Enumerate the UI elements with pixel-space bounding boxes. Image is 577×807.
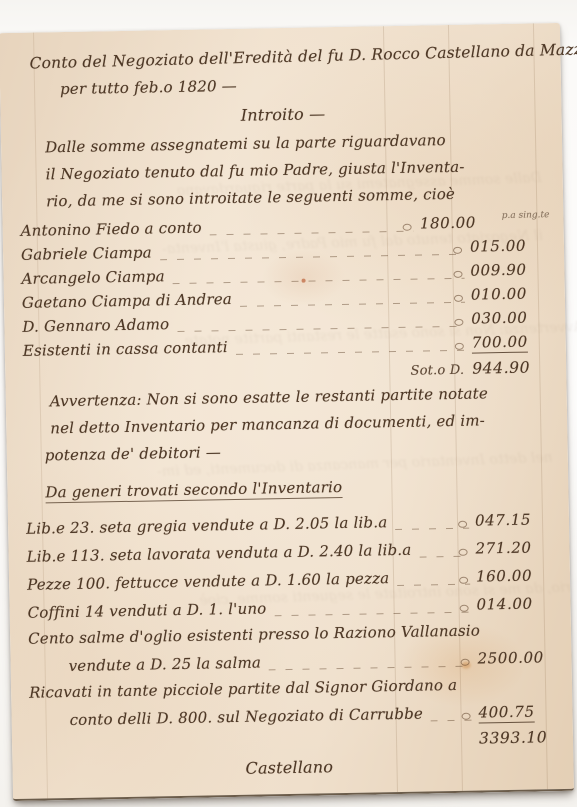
dotted-leader [177,317,465,333]
handwritten-content: Conto del Negoziato dell'Eredità del fu … [0,23,574,799]
ledger-row: Ricavati in tante picciole partite dal S… [29,670,559,734]
total-prefix: Sot.o D. [410,358,464,385]
avvertenza-paragraph: Avvertenza: Non si sono esatte le restan… [50,379,554,469]
dotted-leader [395,519,469,531]
entry-amount: 014.00 [476,590,556,617]
dotted-leader [160,245,464,262]
entry-amount: 047.15 [475,506,555,533]
dotted-leader [419,547,469,559]
intro-paragraph: Dalle somme assegnatemi su la parte rigu… [45,125,549,215]
section-heading-generi: Da generi trovati secondo l'Inventario [45,474,342,505]
sales-ledger: Lib.e 23. seta gregia vendute a D. 2.05 … [26,504,559,759]
entry-amount: 2500.00 [477,644,557,671]
dotted-leader [431,711,473,723]
entry-amount: 271.20 [475,534,555,561]
ledger-row: Cento salme d'oglio esistenti presso lo … [28,616,558,680]
intro-total-amount: 944.90 [472,354,552,381]
dotted-leader [236,341,466,356]
signature: Castellano [245,750,559,782]
dotted-leader [210,222,414,237]
dotted-leader [173,269,465,285]
entry-amount: 160.00 [476,562,556,589]
grand-total-amount: 3393.10 [479,724,559,751]
dotted-leader [397,575,470,587]
intro-ledger: Antonino Fiedo a conto 180.00 p.a sing.t… [20,210,552,389]
entry-label-continuation: vendute a D. 25 la salma [68,650,261,680]
margin-note: p.a sing.te [501,202,549,229]
dotted-leader [269,657,472,672]
manuscript-page: Dalle somme assegnatemi su la parte rigu… [0,23,574,801]
entry-amount: 700.00 [472,328,552,355]
entry-amount: 400.75 [478,698,558,725]
dotted-leader [240,293,465,308]
dotted-leader [274,603,470,618]
entry-label: Esistenti in cassa contanti [23,334,228,364]
